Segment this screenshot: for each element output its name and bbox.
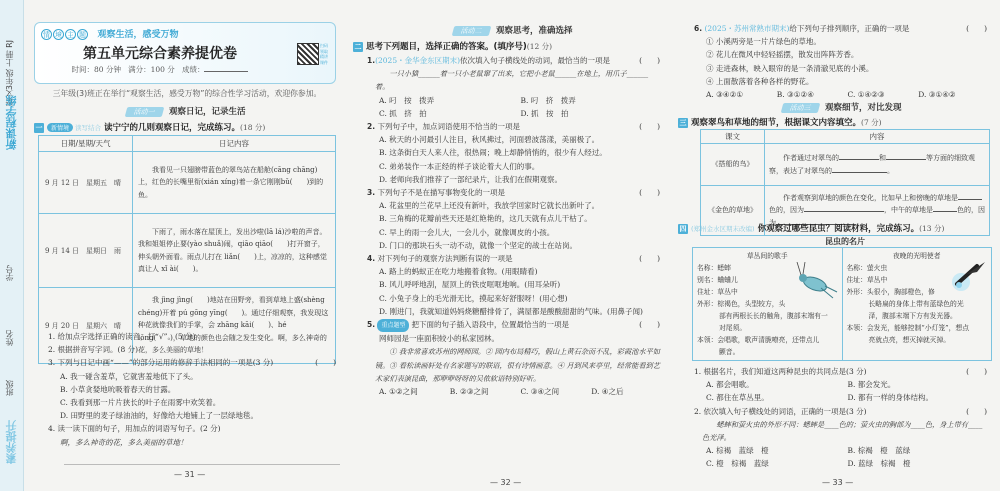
option-a: A. 叼 按 拨弄	[379, 94, 521, 107]
insect-card-cricket: 草丛间的歌手 名称：蟋蟀 别名：蛐蛐儿 住址：草丛中 外形：棕褐色，头型较方，头…	[693, 248, 843, 361]
fill-blank[interactable]	[886, 159, 926, 160]
option-d: D. 抓 按 拍	[521, 107, 663, 120]
option-c: C. 我看到那一片片狭长的叶子在雨雾中欢笑着。	[48, 396, 338, 409]
option-a: A. 秋天的小河最引人注目，秋风拂过，河面碧波荡漾，美丽极了。	[367, 133, 662, 146]
option-d: D. 蓝绿 棕褐 橙	[848, 457, 990, 470]
firefly-icon	[947, 258, 989, 294]
sentence-4: ④ 上面散落着各种各样的野花。	[694, 75, 989, 88]
option-b: B. 三角梅的花瓣前些天还是红艳艳的，这几天就有点儿干枯了。	[367, 212, 662, 225]
option-b: B. 叼 挤 拨弄	[521, 94, 663, 107]
page33-questions: 1. 根据名片，我们知道这两种昆虫的共同点是(3 分)( ) A. 都会唱歌。B…	[694, 365, 989, 471]
activity-1-heading: 活动一观察日记，记录生活	[126, 105, 246, 117]
sentence-3: ③ 走进森林，映入眼帘的是一条清澈见底的小溪。	[694, 62, 989, 75]
page-number: — 33 —	[822, 478, 853, 487]
insect-card-firefly: 夜晚的光明使者 名称：萤火虫 住址：草丛中 外形：头很小，胸部橙色，修 长略扁的…	[842, 248, 992, 361]
option-d: D. 都有一样的身体结构。	[848, 391, 990, 404]
col-header-content: 内容	[765, 130, 990, 144]
theme-tag: 情境主题 观察生活，感受万物	[41, 27, 179, 40]
page31-questions: 1. 给加点字选择正确的读音，打“√”。(5 分) 2. 根据拼音写字词。(8 …	[48, 330, 338, 449]
option-b: B. 都会发光。	[848, 378, 990, 391]
page-number: — 32 —	[490, 478, 521, 487]
answer-blank[interactable]: ( )	[639, 186, 660, 199]
theme-title: 观察生活，感受万物	[98, 30, 179, 40]
exam-title: 第五单元综合素养提优卷	[35, 43, 285, 63]
course-table: 课文 内容 《搭船的鸟》 作者通过对翠鸟的和等方面的细致观察，表达了对翠鸟的。 …	[700, 129, 990, 236]
passage: ① 我非常喜欢苏州的网师园。② 园内布局精巧，假山上黄石杂而不乱，彩霞池水平如镜…	[367, 345, 662, 385]
option-b: B. ③①②④	[777, 88, 848, 101]
option-c: C. 小兔子身上的毛光滑无比，摸起来好舒服呀！(用心想)	[367, 292, 662, 305]
section-1-heading: 一新情境读写结合读宁宁的几则观察日记，完成练习。(18 分)	[34, 121, 265, 133]
insect-cards-title: 昆虫的名片	[700, 236, 990, 247]
option-b: B. ②③之间	[450, 385, 521, 398]
col-header-text: 课文	[701, 130, 765, 144]
table-row: 《搭船的鸟》 作者通过对翠鸟的和等方面的细致观察，表达了对翠鸟的。	[701, 144, 990, 186]
intro-text: 三年级(3)班正在举行“观察生活，感受万物”的综合性学习活动，欢迎你参加。	[34, 88, 340, 99]
fill-blank[interactable]	[933, 211, 957, 212]
option-c: C. ①④②③	[848, 88, 919, 101]
page-31: 情境主题 观察生活，感受万物 第五单元综合素养提优卷 时间：80 分钟 满分：1…	[34, 0, 340, 491]
question-1: 1. 根据名片，我们知道这两种昆虫的共同点是(3 分)( )	[694, 365, 989, 378]
option-d: D. 刚进门，我就知道妈妈烧糖醋排骨了，满屋都是酸酸甜甜的气味。(用鼻子闻)	[367, 305, 662, 318]
name-label: 姓名	[4, 330, 15, 346]
option-a: A. ①②之间	[379, 385, 450, 398]
fill-blank[interactable]	[958, 199, 982, 200]
answer-blank[interactable]: ( )	[639, 252, 660, 265]
option-d: D. ④之后	[591, 385, 662, 398]
question-2: 2. 依次填入句子横线处的词语，正确的一项是(3 分)( )	[694, 405, 989, 418]
option-b: B. 风儿呼呼地刮，屋顶上的铁皮哐哐地响。(用耳朵听)	[367, 278, 662, 291]
question-4: 4. 对下列句子的观察方法判断有误的一项是( )	[367, 252, 662, 265]
option-a: A. ③④②①	[706, 88, 777, 101]
fill-blank[interactable]	[832, 172, 887, 173]
option-c: C. 抓 挤 拍	[379, 107, 521, 120]
option-c: C. 早上的雨一会儿大，一会儿小，就像调皮的小孩。	[367, 226, 662, 239]
option-b: B. 小草贪婪地吮吸着春天的甘露。	[48, 383, 338, 396]
question-3: 3. 下列与日记中画“——”的部分运用的修辞手法相同的一项是(3 分)( )	[48, 356, 338, 369]
qr-code-icon[interactable]	[297, 43, 319, 65]
cricket-icon	[793, 262, 839, 302]
option-a: A. 棕褐 蓝绿 橙	[706, 444, 848, 457]
section-4-heading: 四(郑州金水区期末改编)你观察过哪些昆虫？阅读材料，完成练习。(13 分)	[678, 222, 944, 234]
question-2: 2. 下列句子中，加点词语使用不恰当的一项是( )	[367, 120, 662, 133]
insert-sentence: 网师园是一座面积较小的私家园林。	[367, 332, 662, 345]
section-3-heading: 三观察翠鸟和草地的细节，根据课文内容填空。(7 分)	[678, 116, 882, 128]
page-33: 6. (2025・苏州常熟市期末)给下列句子排列顺序，正确的一项是( ) ① 小…	[672, 0, 992, 491]
table-row: 9 月 14 日 星期日 雨 下雨了，雨水落在屋顶上，发出沙啦(lā lá)沙啦…	[39, 214, 336, 288]
brand-label: 新课程学练	[4, 95, 20, 150]
answer-blank[interactable]: ( )	[966, 365, 987, 378]
page32-questions: 1.(2025・金华金东区期末)依次填入句子横线处的动词，最恰当的一项是( ) …	[367, 54, 662, 398]
option-a: A. 都会唱歌。	[706, 378, 848, 391]
table-row: 9 月 12 日 星期五 晴 我看见一只翅膀带蓝色的翠鸟站在船舱(cāng ch…	[39, 152, 336, 214]
question-1: 1. 给加点字选择正确的读音，打“√”。(5 分)	[48, 330, 338, 343]
page-32: 活动二观察思考，准确选择 二思考下列题目，选择正确的答案。(填序号)(12 分)…	[345, 0, 665, 491]
question-5: 5. 重点题型把下面的句子插入语段中，位置最恰当的一项是( )	[367, 318, 662, 332]
question-6-block: 6. (2025・苏州常熟市期末)给下列句子排列顺序，正确的一项是( ) ① 小…	[694, 22, 989, 101]
student-no-label: 学号	[4, 265, 15, 281]
option-d: D. 门口的那块石头一动不动，就像一个坚定的战士在站岗。	[367, 239, 662, 252]
example-sentence: 啊，多么神奇的花，多么美丽的草地！	[48, 436, 338, 449]
fill-blank[interactable]	[839, 159, 879, 160]
col-header-date: 日期/星期/天气	[39, 136, 133, 152]
passage: 蟋蟀和萤火虫的外形不同：蟋蟀是____色的；萤火虫的胸部为____色，身上带有_…	[694, 418, 989, 444]
book-spine: 语文3年级 上册 RJ 新课程学练 学号 姓名 班级 素养提升	[0, 0, 24, 491]
option-b: B. 这条街白天人来人往，很热闹；晚上却静悄悄的，很少有人经过。	[367, 146, 662, 159]
exam-meta: 时间：80 分钟 满分：100 分 成绩：	[35, 64, 285, 75]
sentence-1: ① 小溪两旁是一片片绿色的草地。	[694, 35, 989, 48]
section-2-heading: 二思考下列题目，选择正确的答案。(填序号)(12 分)	[353, 40, 552, 52]
option-a: A. 路上的蚂蚁正在吃力地搬着食物。(用眼睛看)	[367, 265, 662, 278]
insect-cards: 草丛间的歌手 名称：蟋蟀 别名：蛐蛐儿 住址：草丛中 外形：棕褐色，头型较方，头…	[692, 247, 992, 361]
answer-blank[interactable]: ( )	[315, 356, 336, 369]
option-d: D. 老师向我们推荐了一部纪录片，让我们在假期观察。	[367, 173, 662, 186]
option-d: D. 田野里的麦子绿油油的，好像给大地铺上了一层绿地毯。	[48, 409, 338, 422]
exam-header: 情境主题 观察生活，感受万物 第五单元综合素养提优卷 时间：80 分钟 满分：1…	[34, 22, 336, 84]
question-3: 3. 下列句子不是在描写事物变化的一项是( )	[367, 186, 662, 199]
answer-blank[interactable]: ( )	[639, 120, 660, 133]
answer-blank[interactable]: ( )	[639, 54, 660, 67]
sentence-2: ② 花儿在微风中轻轻摇摆，散发出阵阵芳香。	[694, 48, 989, 61]
fill-blank[interactable]	[804, 211, 884, 212]
answer-blank[interactable]: ( )	[966, 405, 987, 418]
question-4: 4. 读一读下面的句子，用加点的词语写句子。(2 分)	[48, 422, 338, 435]
class-label: 班级	[4, 380, 15, 396]
option-d: D. ③①④②	[918, 88, 989, 101]
answer-blank[interactable]: ( )	[639, 318, 660, 331]
option-c: C. 弟弟装作一本正经的样子谈论着大人们的事。	[367, 160, 662, 173]
option-b: B. 棕褐 橙 蓝绿	[848, 444, 990, 457]
passage: 一只小猫______着一只小老鼠窜了出来，它把小老鼠______在地上，用爪子_…	[367, 67, 662, 93]
option-c: C. ③④之间	[521, 385, 592, 398]
score-blank[interactable]	[204, 71, 248, 72]
qr-label: 扫码 领取 精讲 课件	[320, 43, 332, 65]
answer-blank[interactable]: ( )	[966, 22, 987, 35]
question-6: 6. (2025・苏州常熟市期末)给下列句子排列顺序，正确的一项是( )	[694, 22, 989, 35]
question-2: 2. 根据拼音写字词。(8 分)	[48, 343, 338, 356]
option-a: A. 花盆里的兰花早上还没有新叶，我放学回家时它就长出新叶了。	[367, 199, 662, 212]
option-a: A. 我一碰含羞草，它就害羞地低下了头。	[48, 370, 338, 383]
page-number: — 31 —	[174, 470, 205, 479]
activity-3-heading: 活动三观察细节，对比发现	[782, 101, 902, 113]
option-c: C. 都住在草丛里。	[706, 391, 848, 404]
activity-2-heading: 活动二观察思考，准确选择	[453, 24, 573, 36]
brand-bottom-label: 素养提升	[4, 420, 20, 464]
option-c: C. 橙 棕褐 蓝绿	[706, 457, 848, 470]
question-1: 1.(2025・金华金东区期末)依次填入句子横线处的动词，最恰当的一项是( )	[367, 54, 662, 67]
col-header-content: 日记内容	[133, 136, 336, 152]
answer-line[interactable]	[64, 464, 340, 465]
